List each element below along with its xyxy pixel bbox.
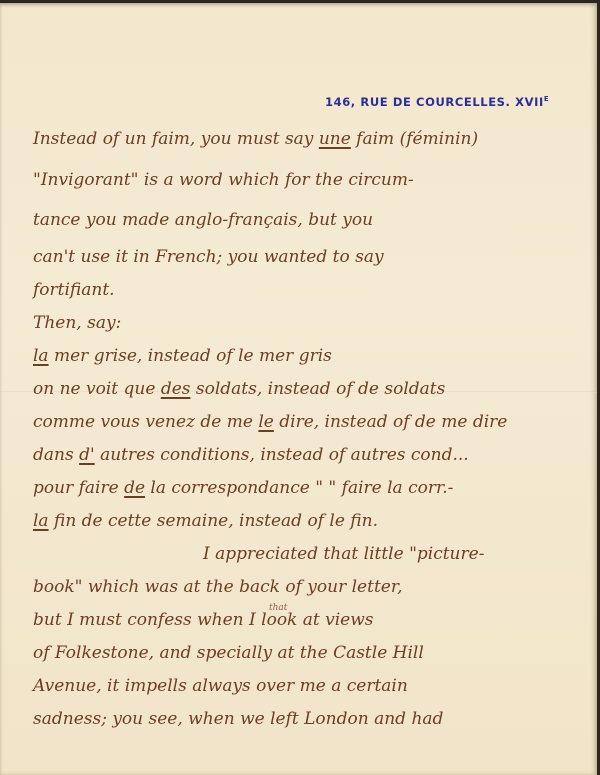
letter-line-2: "Invigorant" is a word which for the cir… <box>33 160 593 201</box>
letter-line-12: la fin de cette semaine, instead of le f… <box>33 505 593 538</box>
letter-line-8: on ne voit que des soldats, instead of d… <box>33 373 593 406</box>
line-text: soldats, instead of de soldats <box>190 379 445 399</box>
line-text: but I must confess when I look at views <box>33 610 374 630</box>
underlined-word: une <box>319 129 351 149</box>
underlined-word: des <box>161 379 191 399</box>
letter-line-11: pour faire de la correspondance " " fair… <box>33 472 593 505</box>
letter-line-18: sadness; you see, when we left London an… <box>33 703 593 736</box>
underlined-word: la <box>33 511 49 531</box>
handwritten-body: Instead of un faim, you must say une fai… <box>33 119 593 736</box>
line-text: mer grise, instead of le mer gris <box>49 346 332 366</box>
letter-line-5: fortifiant. <box>33 274 593 307</box>
line-text: pour faire <box>33 478 124 498</box>
letter-line-14: book" which was at the back of your lett… <box>33 571 593 604</box>
line-text: Instead of un faim, you must say <box>33 129 319 149</box>
line-text: faim (féminin) <box>351 129 478 149</box>
line-text: dire, instead of de me dire <box>274 412 508 432</box>
underlined-word: de <box>124 478 145 498</box>
line-text: dans <box>33 445 79 465</box>
letter-line-10: dans d' autres conditions, instead of au… <box>33 439 593 472</box>
letter-line-13: I appreciated that little "picture- <box>33 538 593 571</box>
letter-line-9: comme vous venez de me le dire, instead … <box>33 406 593 439</box>
letter-line-3: tance you made anglo-français, but you <box>33 200 593 241</box>
line-text: on ne voit que <box>33 379 161 399</box>
letter-line-17: Avenue, it impells always over me a cert… <box>33 670 593 703</box>
letter-line-1: Instead of un faim, you must say une fai… <box>33 119 593 160</box>
line-text: fin de cette semaine, instead of le fin. <box>49 511 378 531</box>
letterhead-superscript: E <box>544 95 549 103</box>
letter-line-15: that but I must confess when I look at v… <box>33 604 593 637</box>
letter-page: 146, RUE DE COURCELLES. XVIIE Instead of… <box>0 3 597 775</box>
letter-line-16: of Folkestone, and specially at the Cast… <box>33 637 593 670</box>
letter-line-4: can't use it in French; you wanted to sa… <box>33 241 593 274</box>
interlinear-insert: that <box>269 592 287 625</box>
line-text: la correspondance " " faire la corr.- <box>145 478 453 498</box>
line-text: autres conditions, instead of autres con… <box>95 445 469 465</box>
underlined-word: le <box>258 412 274 432</box>
letterhead-text: 146, RUE DE COURCELLES. XVII <box>325 95 544 109</box>
underlined-word: la <box>33 346 49 366</box>
line-text: comme vous venez de me <box>33 412 258 432</box>
letter-line-6: Then, say: <box>33 307 593 340</box>
letter-line-7: la mer grise, instead of le mer gris <box>33 340 593 373</box>
underlined-word: d' <box>79 445 95 465</box>
letterhead-address: 146, RUE DE COURCELLES. XVIIE <box>325 95 549 109</box>
